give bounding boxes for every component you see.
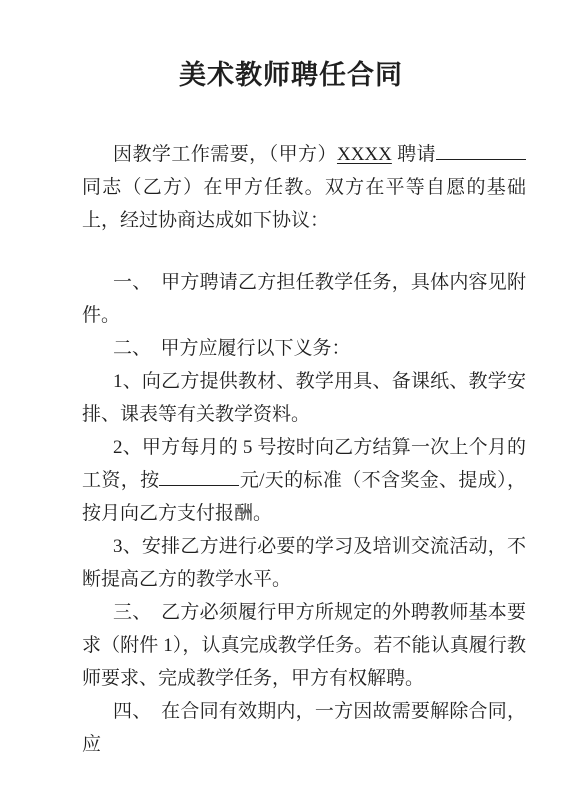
paragraph-clause-3: 三、 乙方必须履行甲方所规定的外聘教师基本要求（附件 1），认真完成教学任务。若… (82, 596, 526, 695)
paragraph-clause-1: 一、 甲方聘请乙方担任教学任务，具体内容见附件。 (82, 266, 526, 332)
text-run: 聘请 (392, 144, 436, 165)
paragraph-clause-2-item-3: 3、安排乙方进行必要的学习及培训交流活动，不断提高乙方的教学水平。 (82, 530, 526, 596)
text-run: 因教学工作需要，（甲方） (113, 144, 337, 165)
contract-body: 因教学工作需要，（甲方）XXXX 聘请同志（乙方）在甲方任教。双方在平等自愿的基… (82, 138, 526, 761)
paragraph-clause-2: 二、 甲方应履行以下义务： (82, 332, 526, 365)
text-run: 四、 在合同有效期内，一方因故需要解除合同，应 (82, 701, 526, 755)
contract-page: 美术教师聘任合同 因教学工作需要，（甲方）XXXX 聘请同志（乙方）在甲方任教。… (0, 0, 566, 800)
document-title: 美术教师聘任合同 (56, 58, 526, 92)
text-run: 1、向乙方提供教材、教学用具、备课纸、教学安排、课表等有关教学资料。 (82, 371, 526, 425)
fill-in-blank (159, 466, 239, 486)
text-run: 二、 甲方应履行以下义务： (113, 338, 351, 359)
fill-in-blank (436, 140, 526, 160)
text-run: 三、 乙方必须履行甲方所规定的外聘教师基本要求（附件 1），认真完成教学任务。若… (82, 602, 526, 689)
text-run: 一、 甲方聘请乙方担任教学任务，具体内容见附件。 (82, 272, 526, 326)
paragraph-clause-2-item-1: 1、向乙方提供教材、教学用具、备课纸、教学安排、课表等有关教学资料。 (82, 365, 526, 431)
paragraph-clause-4: 四、 在合同有效期内，一方因故需要解除合同，应 (82, 695, 526, 761)
underlined-text: XXXX (337, 144, 392, 165)
text-run: 3、安排乙方进行必要的学习及培训交流活动，不断提高乙方的教学水平。 (82, 536, 526, 590)
paragraph-clause-2-item-2: 2、甲方每月的 5 号按时向乙方结算一次上个月的工资，按元/天的标准（不含奖金、… (82, 431, 526, 530)
paragraph-intro: 因教学工作需要，（甲方）XXXX 聘请同志（乙方）在甲方任教。双方在平等自愿的基… (82, 138, 526, 237)
text-run: 同志（乙方）在甲方任教。双方在平等自愿的基础上，经过协商达成如下协议： (82, 177, 526, 231)
